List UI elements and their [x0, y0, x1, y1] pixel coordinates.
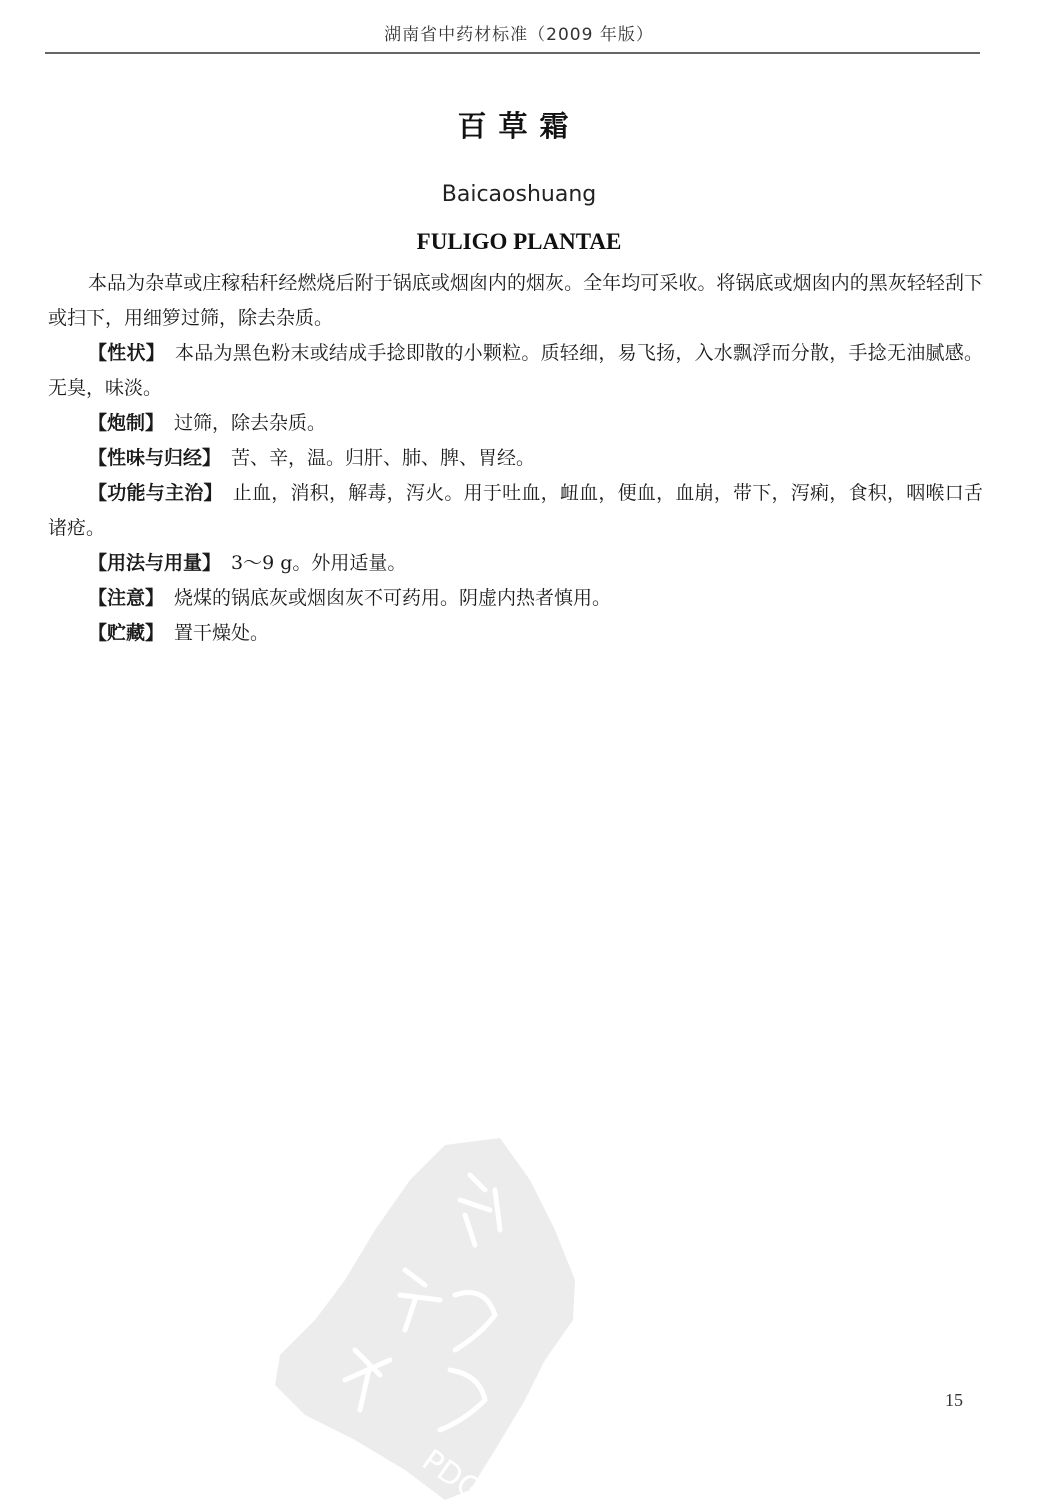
- section-characteristics: 【性状】本品为黑色粉末或结成手捻即散的小颗粒。质轻细，易飞扬，入水飘浮而分散，手…: [48, 336, 983, 406]
- section-label: 【性状】: [88, 342, 165, 364]
- section-text: 本品为黑色粉末或结成手捻即散的小颗粒。质轻细，易飞扬，入水飘浮而分散，手捻无油腻…: [48, 342, 983, 399]
- section-text: 置干燥处。: [174, 622, 269, 644]
- section-label: 【性味与归经】: [88, 447, 221, 469]
- section-text: 过筛，除去杂质。: [174, 412, 326, 434]
- section-text: 烧煤的锅底灰或烟囱灰不可药用。阴虚内热者慎用。: [174, 587, 611, 609]
- section-dosage: 【用法与用量】3～9 g。外用适量。: [48, 546, 983, 581]
- seal-stamp-icon: PDG: [255, 1120, 595, 1505]
- entry-title-pinyin: Baicaoshuang: [0, 182, 1038, 207]
- section-precautions: 【注意】烧煤的锅底灰或烟囱灰不可药用。阴虚内热者慎用。: [48, 581, 983, 616]
- watermark-seal: PDG: [255, 1120, 595, 1505]
- section-nature-meridian: 【性味与归经】苦、辛，温。归肝、肺、脾、胃经。: [48, 441, 983, 476]
- page-number: 15: [945, 1390, 963, 1411]
- section-label: 【用法与用量】: [88, 552, 221, 574]
- section-processing: 【炮制】过筛，除去杂质。: [48, 406, 983, 441]
- section-label: 【炮制】: [88, 412, 164, 434]
- section-label: 【贮藏】: [88, 622, 164, 644]
- section-text: 苦、辛，温。归肝、肺、脾、胃经。: [231, 447, 535, 469]
- section-storage: 【贮藏】置干燥处。: [48, 616, 983, 651]
- header-rule: [45, 52, 980, 54]
- entry-body: 本品为杂草或庄稼秸秆经燃烧后附于锅底或烟囱内的烟灰。全年均可采收。将锅底或烟囱内…: [48, 266, 983, 651]
- entry-title-chinese: 百草霜: [0, 104, 1038, 145]
- section-function-indication: 【功能与主治】止血，消积，解毒，泻火。用于吐血，衄血，便血，血崩，带下，泻痢，食…: [48, 476, 983, 546]
- intro-paragraph: 本品为杂草或庄稼秸秆经燃烧后附于锅底或烟囱内的烟灰。全年均可采收。将锅底或烟囱内…: [48, 266, 983, 336]
- entry-title-latin: FULIGO PLANTAE: [0, 229, 1038, 255]
- section-label: 【注意】: [88, 587, 164, 609]
- section-text: 3～9 g。外用适量。: [231, 552, 406, 574]
- running-header: 湖南省中药材标准（2009 年版）: [0, 20, 1038, 45]
- section-label: 【功能与主治】: [88, 482, 223, 504]
